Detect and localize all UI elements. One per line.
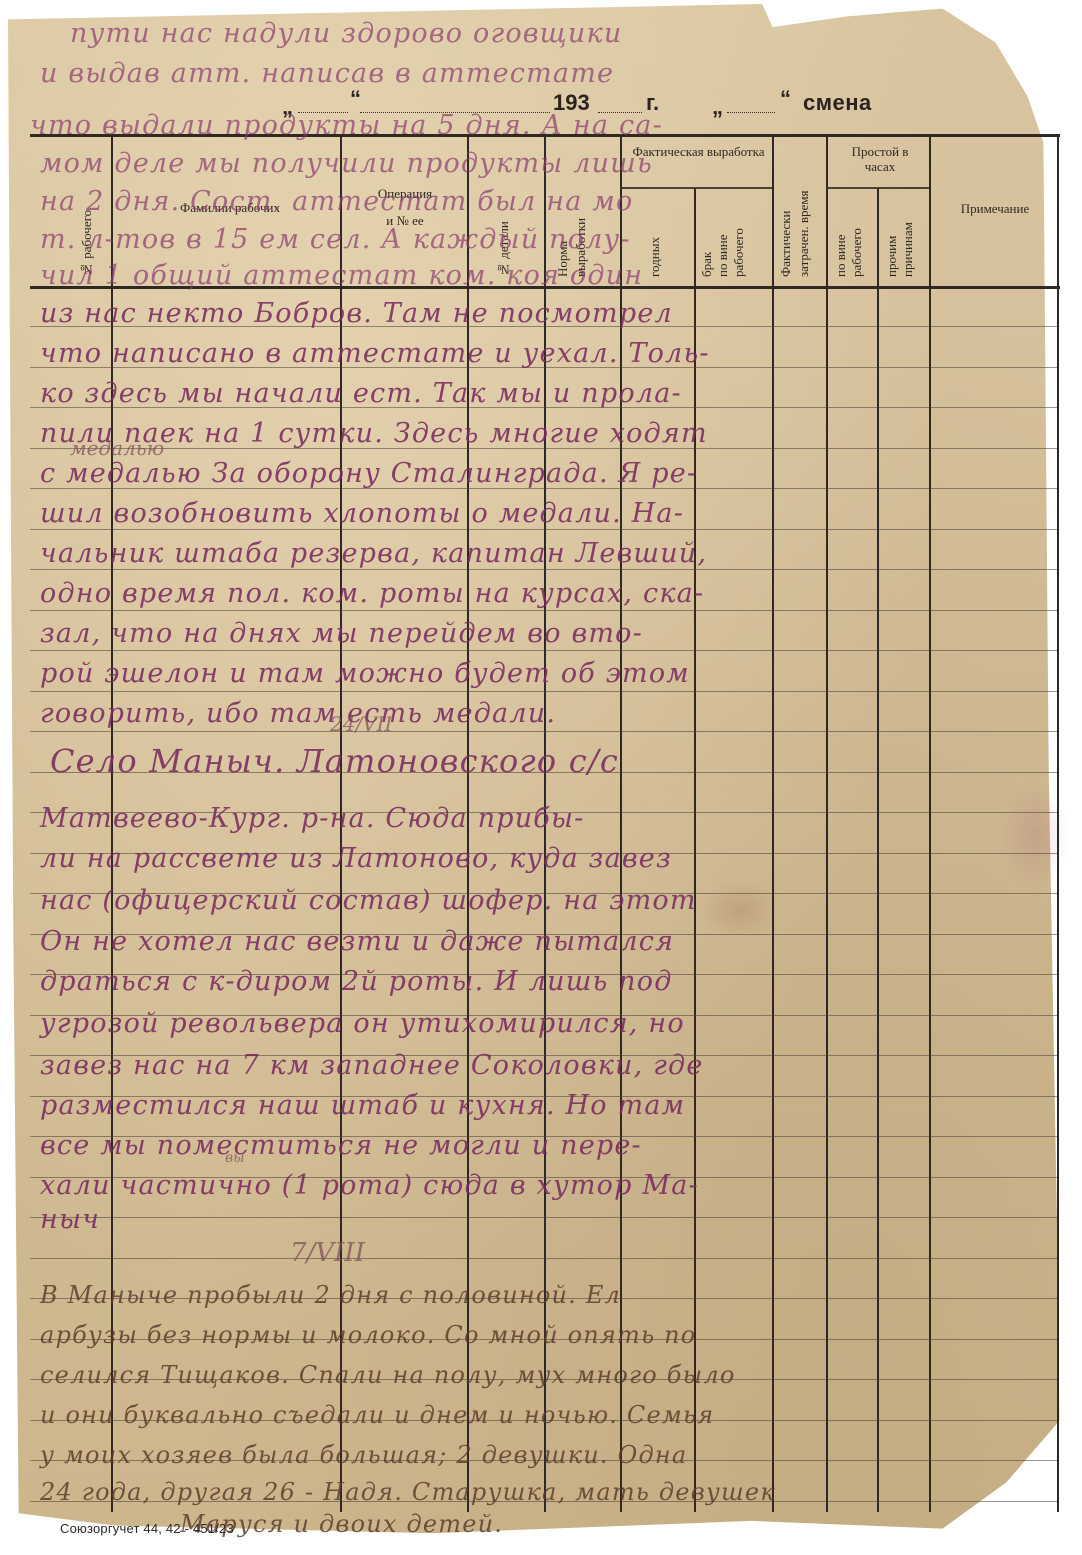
- hw-line: шил возобновить хлопоты о медали. На-: [40, 500, 1040, 527]
- hw-line: ли на рассвете из Латоново, куда завез: [40, 845, 1040, 872]
- hw-line: пути нас надули здорово оговщики: [70, 20, 1070, 47]
- hw-line: нас (офицерский состав) шофер. на этот: [40, 887, 1040, 914]
- hw-line: хали частично (1 рота) сюда в хутор Ма-: [40, 1172, 1040, 1199]
- hw-line: селился Тищаков. Спали на полу, мух мног…: [40, 1363, 1040, 1387]
- hw-line: одно время пол. ком. роты на курсах, ска…: [40, 580, 1040, 607]
- hw-line: что написано в аттестате и уехал. Толь-: [40, 340, 1040, 367]
- hw-line: В Маныче пробыли 2 дня с половиной. Ел: [40, 1283, 1040, 1307]
- hw-line: Маруся и двоих детей.: [180, 1512, 1082, 1536]
- hw-line: ныч: [40, 1206, 1040, 1233]
- row-rule: [30, 691, 1057, 692]
- form-date-header: „ “ 193 г. „ “ смена: [0, 92, 1082, 112]
- hw-date-note: 7/VIII: [290, 1238, 365, 1268]
- hw-superscript: вы: [225, 1150, 245, 1166]
- hw-line: рой эшелон и там можно будет об этом: [40, 660, 1040, 687]
- row-rule: [30, 610, 1057, 611]
- close-quote: “: [350, 86, 361, 112]
- hw-date-note: 24/VII: [330, 712, 392, 736]
- hw-line: т. л-тов в 15 ем сел. А каждый полу-: [40, 226, 1040, 253]
- hw-line: у моих хозяев была большая; 2 девушки. О…: [40, 1443, 1040, 1467]
- hw-line: ко здесь мы начали ест. Так мы и прола-: [40, 380, 1040, 407]
- row-rule: [30, 1258, 1057, 1259]
- hw-line: чил 1 общий аттестат ком. коя один: [40, 262, 1040, 289]
- hw-line: мом деле мы получили продукты лишь: [40, 150, 1040, 177]
- hw-line: арбузы без нормы и молоко. Со мной опять…: [40, 1323, 1040, 1347]
- hw-line: завез нас на 7 км западнее Соколовки, гд…: [40, 1052, 1040, 1079]
- hw-line: с медалью За оборону Сталинграда. Я ре-: [40, 460, 1040, 487]
- printer-imprint: Союзоргучет 44, 42 - 451/23: [60, 1521, 234, 1536]
- row-rule: [30, 731, 1057, 732]
- hw-line: Матвеево-Кург. р-на. Сюда прибы-: [40, 805, 1040, 832]
- hw-line: угрозой револьвера он утихомирился, но: [40, 1010, 1040, 1037]
- shift-close-quote: “: [780, 86, 791, 112]
- col-time-1: Фактически: [779, 167, 794, 277]
- hw-line: и выдав атт. написав в аттестате: [40, 60, 1040, 87]
- hw-line: разместился наш штаб и кухня. Но там: [40, 1092, 1040, 1119]
- hw-line: Он не хотел нас везти и даже пытался: [40, 928, 1040, 955]
- col-divider: [1057, 137, 1059, 1512]
- hw-line: что выдали продукты на 5 дня. А на са-: [30, 112, 1030, 139]
- hw-line: из нас некто Бобров. Там не посмотрел: [40, 300, 1040, 327]
- hw-line: чальник штаба резерва, капитан Левший,: [40, 540, 1040, 567]
- row-rule: [30, 650, 1057, 651]
- row-rule: [30, 569, 1057, 570]
- hw-line: и они буквально съедали и днем и ночью. …: [40, 1403, 1040, 1427]
- hw-line: пили паек на 1 сутки. Здесь многие ходят: [40, 420, 1040, 447]
- hw-line: зал, что на днях мы перейдем во вто-: [40, 620, 1040, 647]
- hw-line: 24 года, другая 26 - Надя. Старушка, мат…: [40, 1480, 1040, 1504]
- hw-line: все мы поместиться не могли и пере-: [40, 1132, 1040, 1159]
- hw-line: драться с к-диром 2й роты. И лишь под: [40, 968, 1040, 995]
- hw-insertion-note: медалью: [70, 436, 164, 460]
- hw-line: на 2 дня. Сост. аттестат был на мо: [40, 188, 1040, 215]
- hw-line: Село Маныч. Латоновского с/с: [50, 745, 1050, 777]
- hw-line: говорить, ибо там есть медали.: [40, 700, 1040, 727]
